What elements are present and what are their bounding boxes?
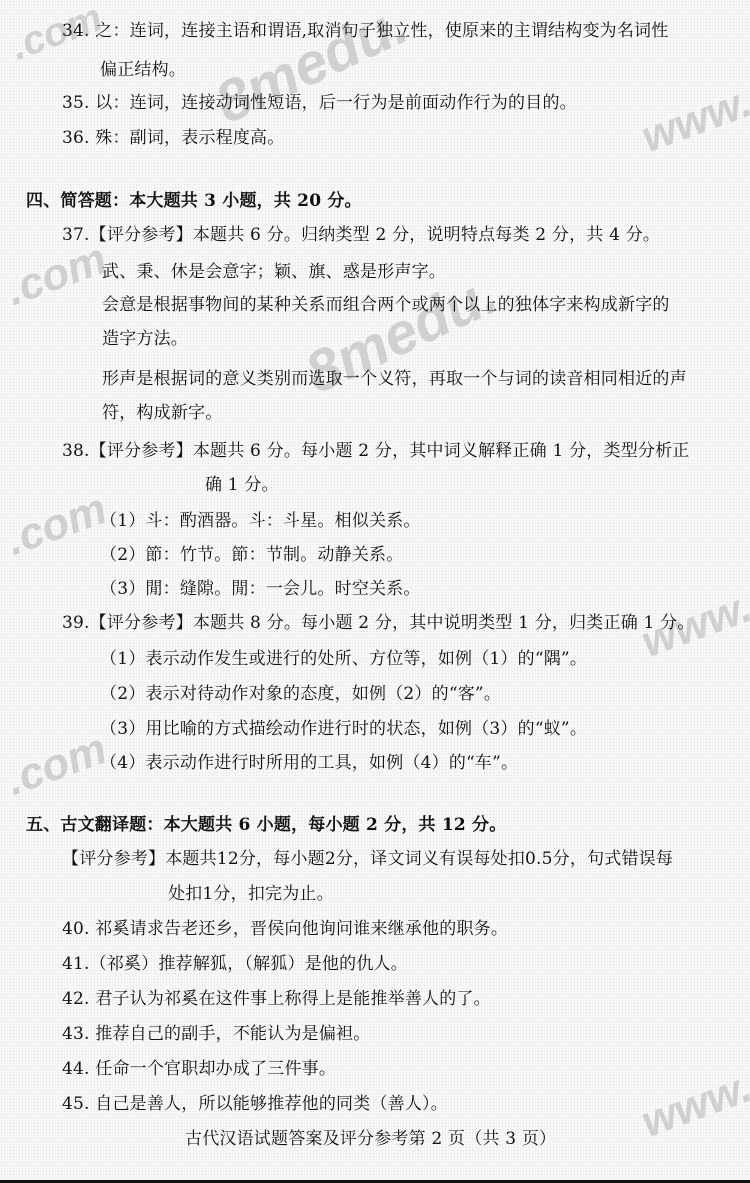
answer-45: 45. 自己是善人，所以能够推荐他的同类（善人）。 — [62, 1093, 448, 1115]
watermark: .com — [0, 234, 113, 316]
q37-line: 符，构成新字。 — [102, 402, 222, 424]
answer-34-cont: 偏正结构。 — [100, 59, 186, 81]
q40-45-ref-cont: 处扣1分，扣完为止。 — [168, 883, 334, 905]
answer-42: 42. 君子认为祁奚在这件事上称得上是能推举善人的了。 — [62, 988, 491, 1010]
answer-44: 44. 任命一个官职却办成了三件事。 — [62, 1058, 336, 1080]
answer-34: 34. 之：连词，连接主语和谓语,取消句子独立性，使原来的主谓结构变为名词性 — [62, 20, 668, 42]
watermark: www. — [635, 77, 750, 163]
q39-line: （4）表示动作进行时所用的工具，如例（4）的“车”。 — [100, 752, 518, 774]
q38-cont: 确 1 分。 — [205, 474, 279, 496]
answer-41: 41.（祁奚）推荐解狐，（解狐）是他的仇人。 — [62, 953, 408, 975]
q37-line: 造字方法。 — [102, 328, 188, 350]
watermark: .com — [0, 484, 113, 566]
q37-line: 形声是根据词的意义类别而选取一个义符，再取一个与词的读音相同相近的声 — [102, 368, 687, 390]
q39-head: 39.【评分参考】本题共 8 分。每小题 2 分，其中说明类型 1 分，归类正确… — [62, 612, 695, 634]
answer-36: 36. 殊：副词，表示程度高。 — [62, 127, 284, 149]
q37-head: 37.【评分参考】本题共 6 分。归纳类型 2 分，说明特点每类 2 分，共 4… — [62, 224, 660, 246]
q40-45-ref-head: 【评分参考】本题共12分，每小题2分，译文词义有误每处扣0.5分，句式错误每 — [62, 848, 673, 870]
page-footer: 古代汉语试题答案及评分参考第 2 页（共 3 页） — [185, 1128, 556, 1150]
answer-35: 35. 以：连词，连接动词性短语，后一行为是前面动作行为的目的。 — [62, 92, 577, 114]
section-5-title: 五、古文翻译题：本大题共 6 小题，每小题 2 分，共 12 分。 — [26, 814, 506, 836]
section-4-title: 四、简答题：本大题共 3 小题，共 20 分。 — [26, 190, 362, 212]
q38-line: （2）節：竹节。節：节制。动静关系。 — [100, 544, 403, 566]
watermark: www. — [635, 1062, 750, 1148]
q38-line: （1）斗：酌酒器。斗：斗星。相似关系。 — [100, 510, 421, 532]
q39-line: （1）表示动作发生或进行的处所、方位等，如例（1）的“隅”。 — [100, 648, 587, 670]
answer-40: 40. 祁奚请求告老还乡，晋侯向他询问谁来继承他的职务。 — [62, 918, 508, 940]
q37-line: 武、秉、休是会意字；颖、旗、惑是形声字。 — [102, 261, 446, 283]
q39-line: （3）用比喻的方式描绘动作进行时的状态，如例（3）的“蚁”。 — [100, 718, 587, 740]
watermark: .com — [0, 724, 113, 806]
q37-line: 会意是根据事物间的某种关系而组合两个或两个以上的独体字来构成新字的 — [102, 294, 670, 316]
q38-head: 38.【评分参考】本题共 6 分。每小题 2 分，其中词义解释正确 1 分，类型… — [62, 440, 690, 462]
answer-43: 43. 推荐自己的副手，不能认为是偏袒。 — [62, 1023, 370, 1045]
q39-line: （2）表示对待动作对象的态度，如例（2）的“客”。 — [100, 683, 501, 705]
q38-line: （3）閒：缝隙。閒：一会儿。时空关系。 — [100, 578, 421, 600]
